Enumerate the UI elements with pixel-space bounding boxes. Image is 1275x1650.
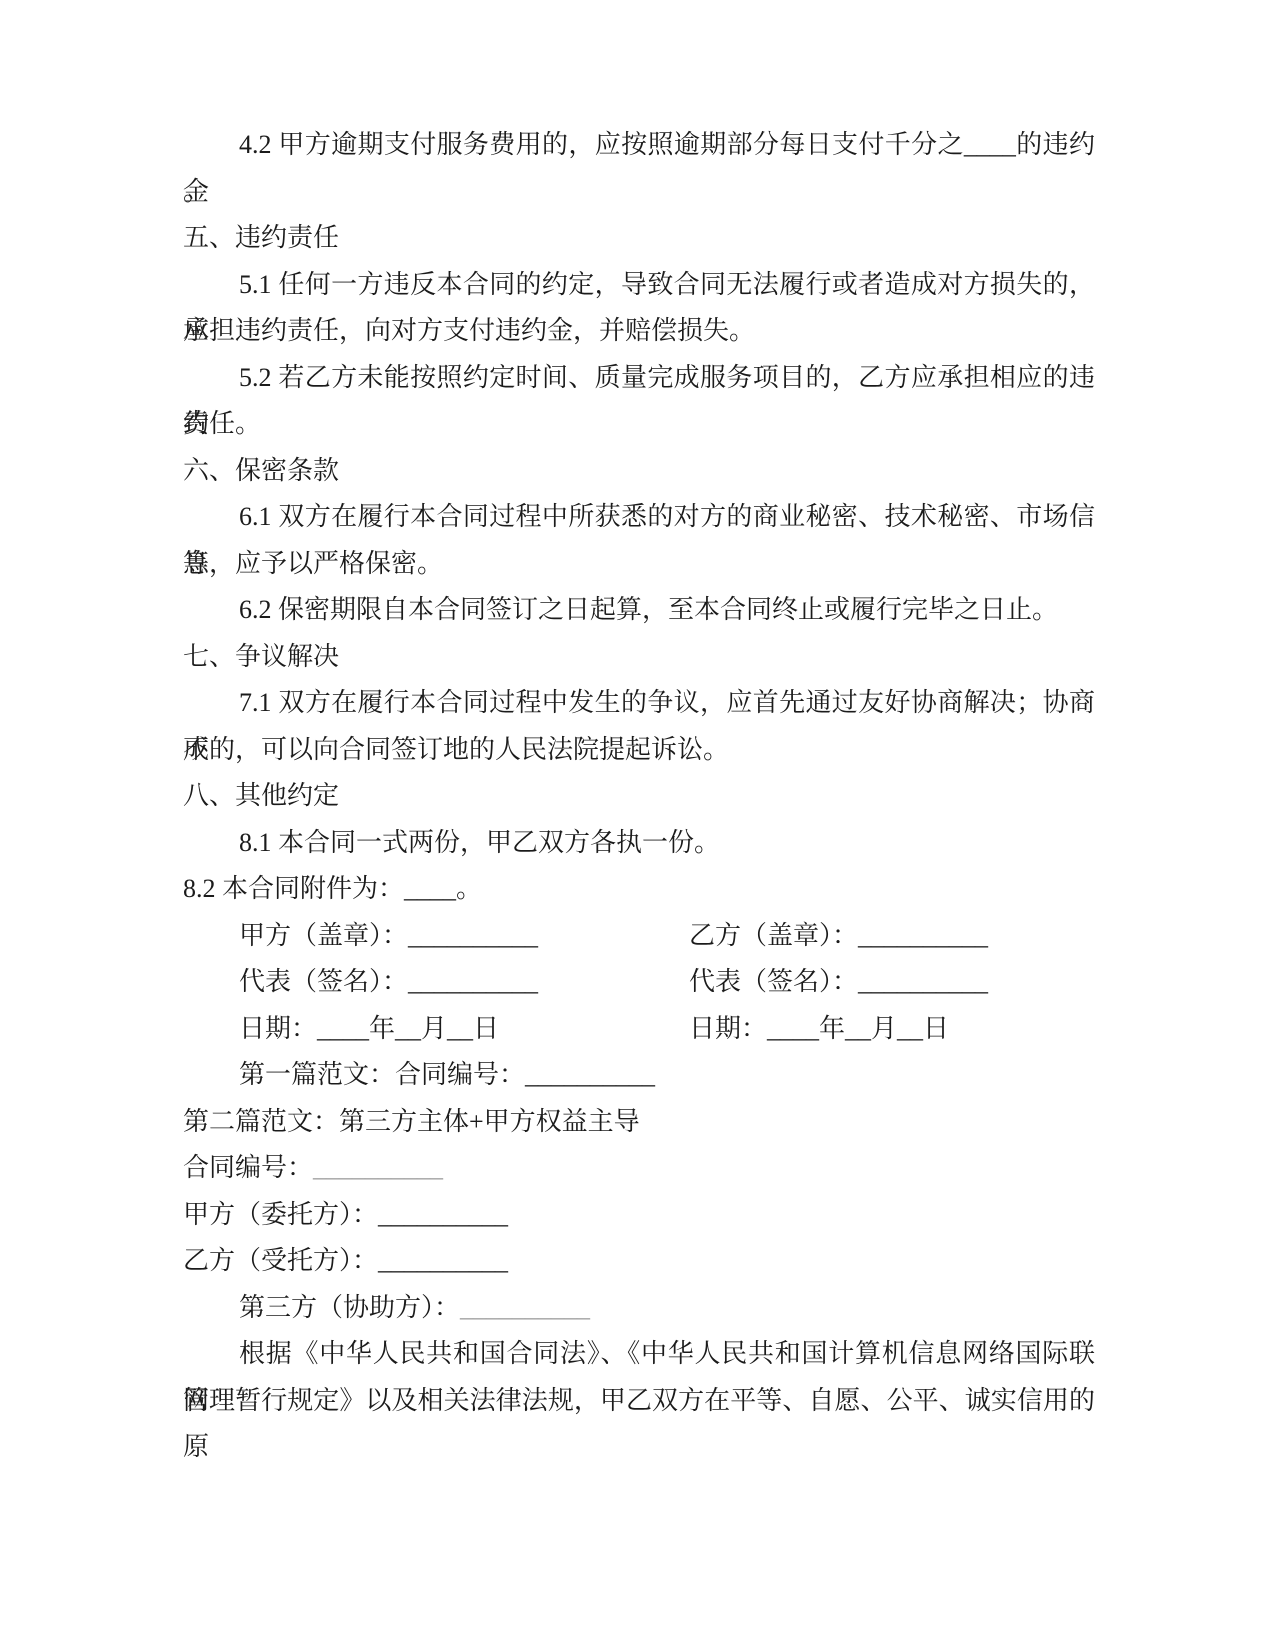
text-line: 6.1 双方在履行本合同过程中所获悉的对方的商业秘密、技术秘密、市场信息 (183, 494, 1095, 541)
text-line: 第三方（协助方）：__________ (183, 1285, 1095, 1332)
right-column-text: 代表（签名）：__________ (689, 959, 988, 1006)
text-line: 6.2 保密期限自本合同签订之日起算，至本合同终止或履行完毕之日止。 (183, 587, 1095, 634)
left-column-text: 日期：____年__月__日 (239, 1006, 689, 1053)
text-line: 六、保密条款 (183, 448, 1095, 495)
text-line: 七、争议解决 (183, 634, 1095, 681)
text-line: 7.1 双方在履行本合同过程中发生的争议，应首先通过友好协商解决；协商不 (183, 680, 1095, 727)
text-line: 成的，可以向合同签订地的人民法院提起诉讼。 (183, 727, 1095, 774)
text-line: 8.2 本合同附件为：____。 (183, 866, 1095, 913)
two-column-line: 甲方（盖章）：__________乙方（盖章）：__________ (183, 913, 1095, 960)
document-body: 4.2 甲方逾期支付服务费用的，应按照逾期部分每日支付千分之____的违约金。五… (183, 122, 1095, 1424)
blank-underline: __________ (313, 1153, 443, 1182)
text-line: 根据《中华人民共和国合同法》、《中华人民共和国计算机信息网络国际联网 (183, 1331, 1095, 1378)
text-line: 五、违约责任 (183, 215, 1095, 262)
left-column-text: 甲方（盖章）：__________ (239, 913, 689, 960)
two-column-line: 日期：____年__月__日日期：____年__月__日 (183, 1006, 1095, 1053)
text-line: 。 (183, 169, 1095, 216)
field-label: 第三方（协助方）： (239, 1293, 460, 1322)
text-line: 承担违约责任，向对方支付违约金，并赔偿损失。 (183, 308, 1095, 355)
text-line: 乙方（受托方）：__________ (183, 1238, 1095, 1285)
text-line: 5.1 任何一方违反本合同的约定，导致合同无法履行或者造成对方损失的，应 (183, 262, 1095, 309)
contract-document-page: 4.2 甲方逾期支付服务费用的，应按照逾期部分每日支付千分之____的违约金。五… (0, 0, 1275, 1650)
text-line: 第一篇范文：合同编号：__________ (183, 1052, 1095, 1099)
text-line: 合同编号：__________ (183, 1145, 1095, 1192)
field-label: 合同编号： (183, 1153, 313, 1182)
right-column-text: 乙方（盖章）：__________ (689, 913, 988, 960)
text-line: 4.2 甲方逾期支付服务费用的，应按照逾期部分每日支付千分之____的违约金 (183, 122, 1095, 169)
text-line: 甲方（委托方）：__________ (183, 1192, 1095, 1239)
text-line: 八、其他约定 (183, 773, 1095, 820)
text-line: 管理暂行规定》以及相关法律法规，甲乙双方在平等、自愿、公平、诚实信用的原 (183, 1378, 1095, 1425)
text-line: 5.2 若乙方未能按照约定时间、质量完成服务项目的，乙方应承担相应的违约 (183, 355, 1095, 402)
text-line: 责任。 (183, 401, 1095, 448)
text-line: 等，应予以严格保密。 (183, 541, 1095, 588)
blank-underline: __________ (460, 1293, 590, 1322)
left-column-text: 代表（签名）：__________ (239, 959, 689, 1006)
right-column-text: 日期：____年__月__日 (689, 1006, 949, 1053)
two-column-line: 代表（签名）：__________代表（签名）：__________ (183, 959, 1095, 1006)
text-line: 8.1 本合同一式两份，甲乙双方各执一份。 (183, 820, 1095, 867)
text-line: 第二篇范文：第三方主体+甲方权益主导 (183, 1099, 1095, 1146)
